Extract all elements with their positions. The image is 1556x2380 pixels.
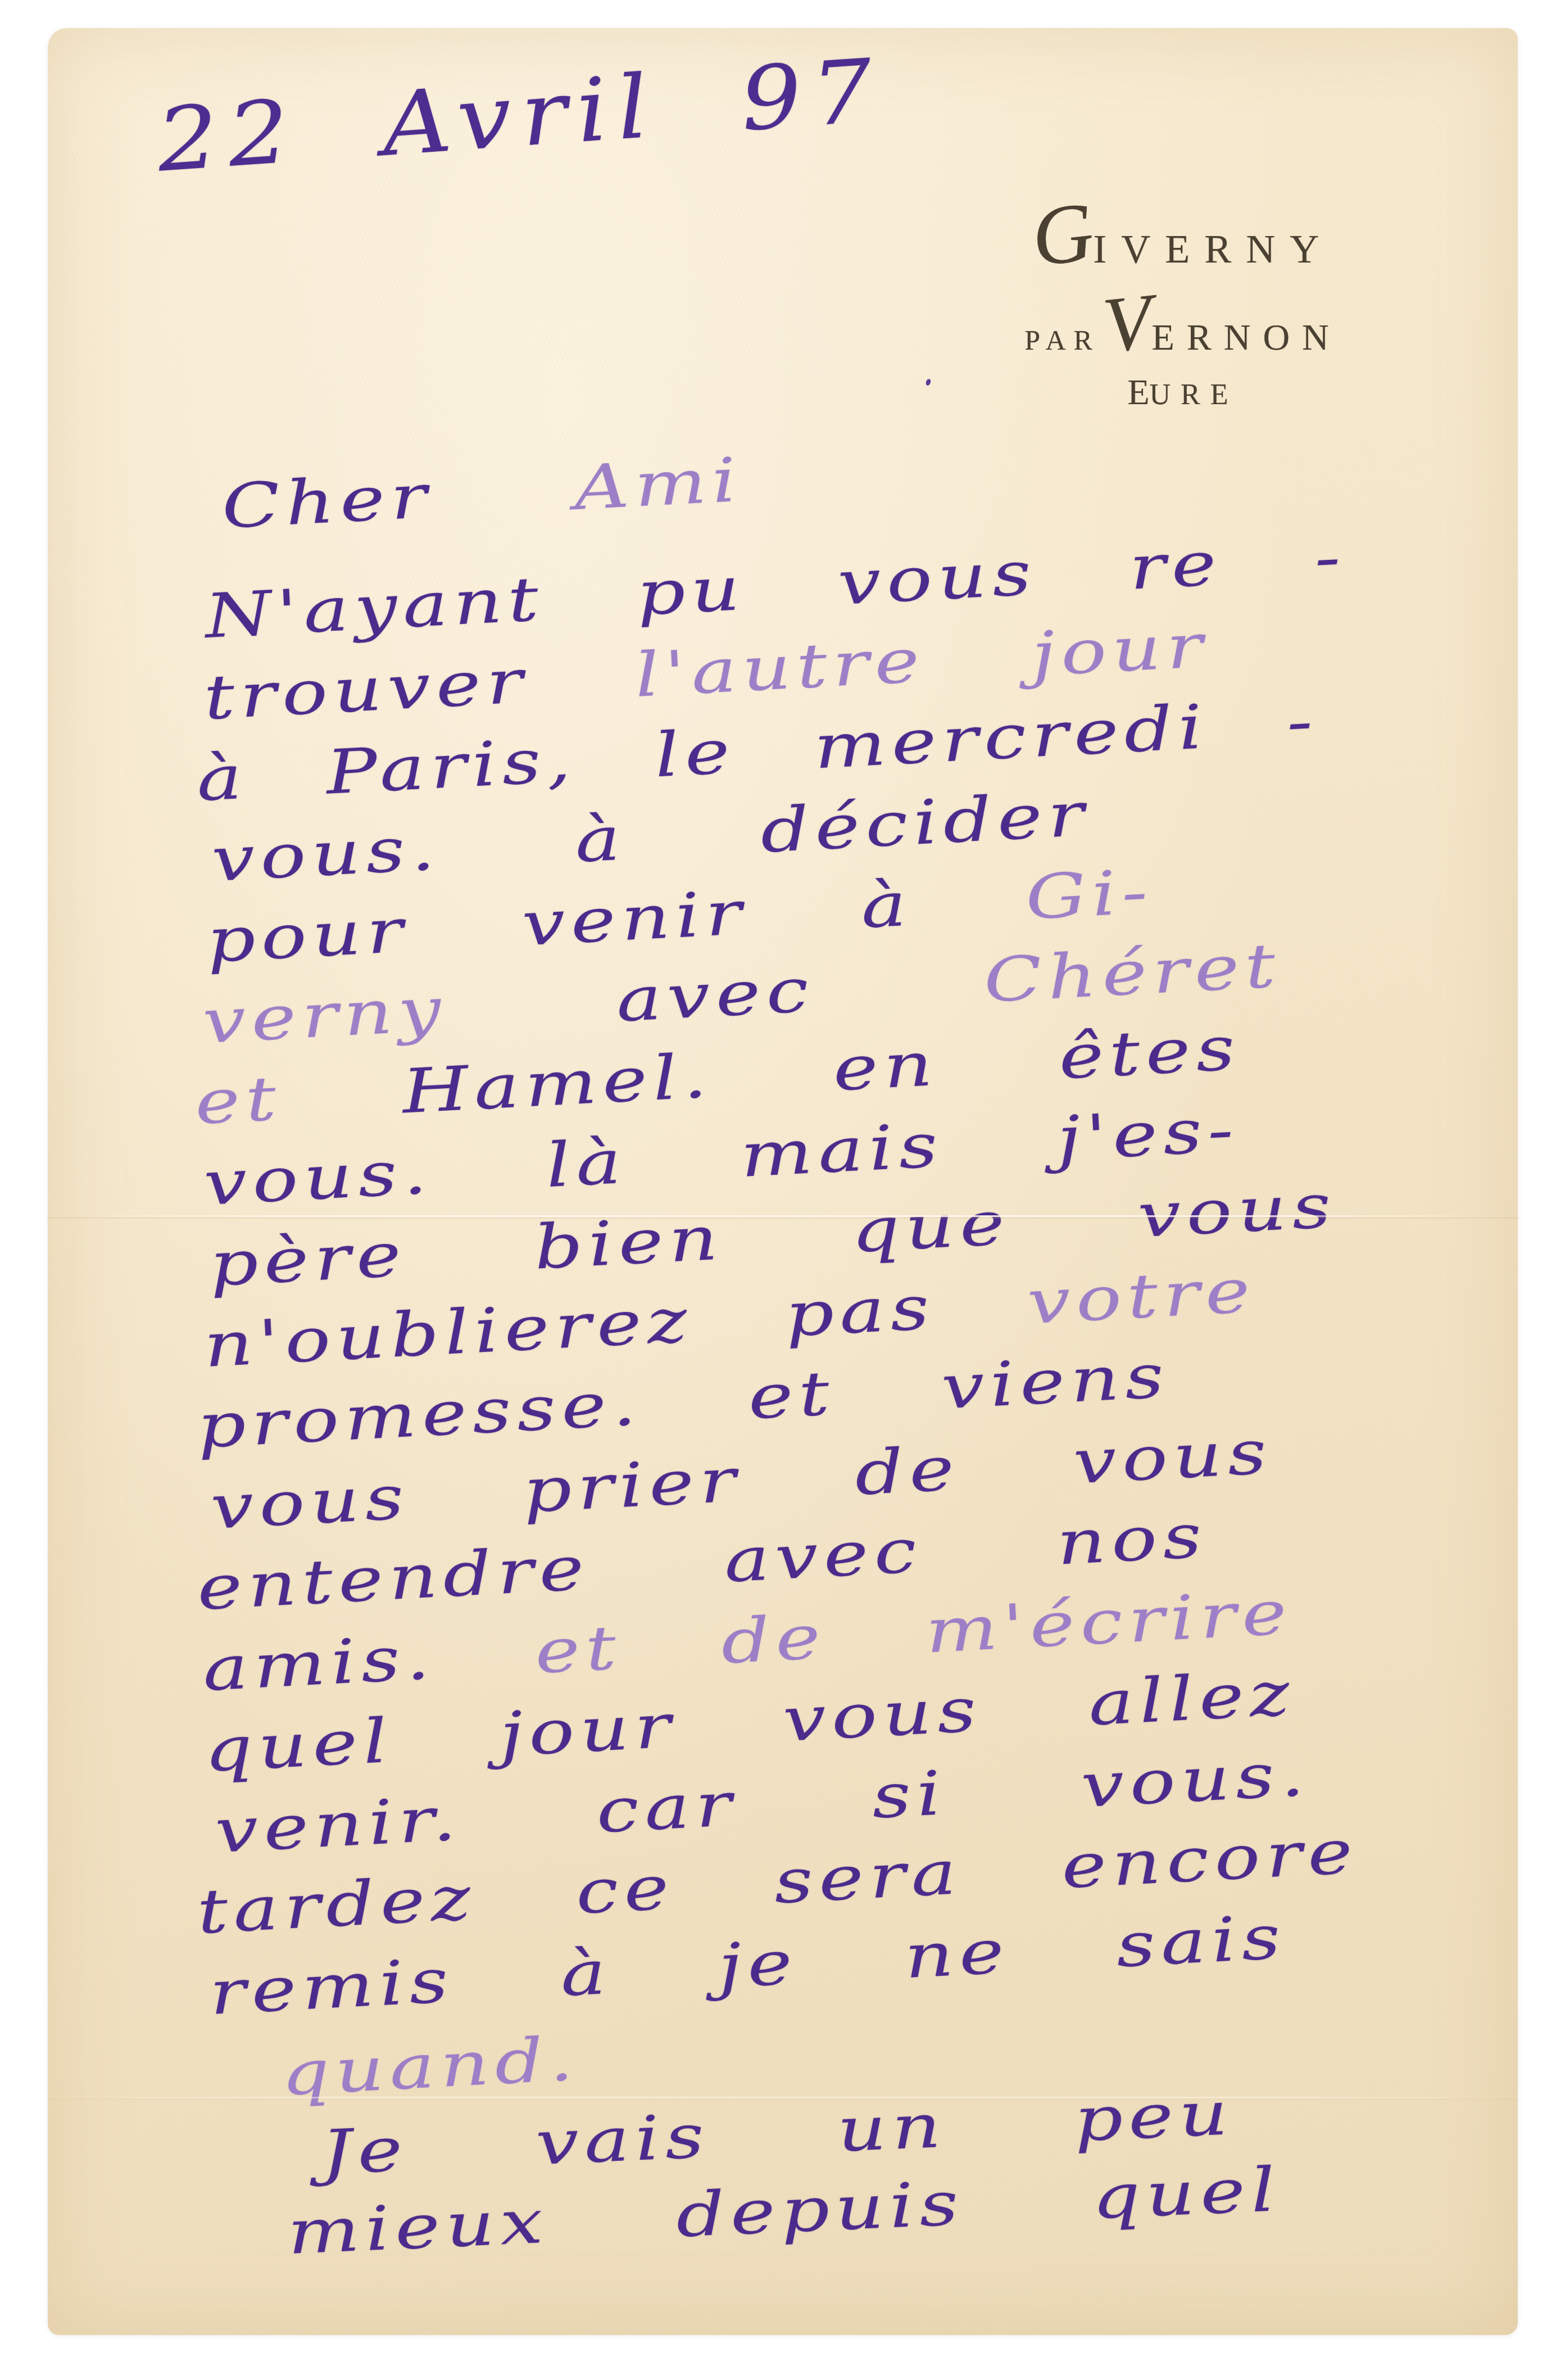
manuscript-word: sera xyxy=(772,1838,963,1917)
manuscript-word: verny xyxy=(201,974,448,1057)
manuscript-word: vous xyxy=(781,1675,983,1755)
manuscript-word: Gi- xyxy=(1024,857,1155,934)
manuscript-word: vous xyxy=(836,539,1038,619)
manuscript-word: m'écrire xyxy=(924,1578,1294,1667)
manuscript-word: votre xyxy=(1026,1256,1257,1338)
manuscript-word: venir. xyxy=(214,1784,464,1867)
manuscript-word: nos xyxy=(1055,1501,1209,1579)
scan-background: { "paper": { "background_hex": "#f4e6c9"… xyxy=(0,0,1556,2380)
manuscript-word: ne xyxy=(902,1916,1011,1992)
manuscript-word: mercredi xyxy=(812,692,1210,783)
manuscript-word: vous. xyxy=(202,1137,434,1219)
manuscript-word: un xyxy=(836,2091,948,2166)
manuscript-word: et xyxy=(746,1359,836,1433)
manuscript-word: je xyxy=(716,1927,800,2002)
manuscript-word: sais xyxy=(1114,1902,1287,1981)
manuscript-word: venir xyxy=(520,878,749,960)
manuscript-word: Cher xyxy=(220,461,434,542)
manuscript-word: Chéret xyxy=(982,931,1283,1017)
manuscript-word: vais xyxy=(534,2101,711,2179)
manuscript-word: pu xyxy=(635,554,747,630)
manuscript-word: entendre xyxy=(196,1533,591,1624)
manuscript-word: à xyxy=(859,869,914,942)
manuscript-word: avec xyxy=(723,1515,924,1596)
letter-paper: 22 Avril 97 GIVERNY PARVERNON EURE Cher … xyxy=(48,28,1518,2335)
manuscript-word: êtes xyxy=(1057,1013,1242,1093)
manuscript-word: Hamel. xyxy=(401,1041,714,1128)
manuscript-word: re - xyxy=(1128,522,1348,604)
manuscript-word: Ami xyxy=(572,445,743,524)
manuscript-word: là xyxy=(545,1127,629,1201)
manuscript-word: vous xyxy=(1136,1171,1339,1251)
manuscript-word: depuis xyxy=(675,2169,965,2251)
manuscript-word: que xyxy=(849,1188,1011,1266)
manuscript-word: vous. xyxy=(1079,1739,1312,1821)
manuscript-word: avec xyxy=(615,955,816,1035)
manuscript-word: à xyxy=(195,742,249,815)
manuscript-word: mieux xyxy=(286,2187,550,2268)
manuscript-word: prier xyxy=(521,1445,743,1527)
manuscript-word: n'oublierez xyxy=(202,1286,695,1381)
manuscript-word: viens xyxy=(940,1341,1171,1423)
manuscript-word: et xyxy=(533,1613,623,1687)
manuscript-line: Cher Ami xyxy=(220,445,744,542)
manuscript-word: encore xyxy=(1060,1817,1360,1902)
manuscript-body: Cher AmiN'ayant pu vous re -trouver l'au… xyxy=(48,28,1518,2335)
manuscript-word: à xyxy=(559,1938,613,2011)
manuscript-word: et xyxy=(193,1064,283,1138)
manuscript-word: promesse. xyxy=(196,1369,643,1462)
manuscript-word: en xyxy=(831,1029,940,1105)
manuscript-word: ce xyxy=(574,1853,676,1928)
manuscript-word: tardez xyxy=(196,1863,478,1948)
manuscript-word: vous xyxy=(209,1463,411,1543)
manuscript-word: le xyxy=(653,717,737,791)
manuscript-word: si xyxy=(870,1758,949,1832)
fold-crease xyxy=(48,1215,1518,1217)
manuscript-word: allez xyxy=(1087,1658,1297,1739)
manuscript-word: pour xyxy=(205,895,410,976)
manuscript-word: à xyxy=(573,803,628,876)
manuscript-word: j'es- xyxy=(1055,1095,1241,1175)
manuscript-word: N'ayant xyxy=(203,564,546,651)
manuscript-word: - xyxy=(1285,686,1320,758)
manuscript-word: car xyxy=(595,1769,739,1847)
manuscript-word: mais xyxy=(739,1110,945,1191)
manuscript-word: vous xyxy=(1072,1417,1274,1497)
manuscript-word: père xyxy=(208,1220,409,1300)
manuscript-word: de xyxy=(719,1602,828,1678)
manuscript-word: pas xyxy=(783,1273,936,1351)
manuscript-word: jour xyxy=(1030,610,1210,690)
manuscript-word: Paris, xyxy=(324,725,578,808)
manuscript-word: trouver xyxy=(202,646,530,734)
manuscript-word: Je xyxy=(320,2114,409,2188)
manuscript-word: peu xyxy=(1073,2078,1235,2155)
manuscript-word: amis. xyxy=(201,1622,437,1704)
manuscript-word: décider xyxy=(759,779,1091,866)
manuscript-word: jour xyxy=(498,1691,678,1770)
manuscript-word: vous. xyxy=(210,813,442,895)
manuscript-word: de xyxy=(853,1433,961,1509)
manuscript-word: quel xyxy=(202,1705,395,1785)
fold-crease-faint xyxy=(48,2097,1518,2098)
manuscript-word: remis xyxy=(208,1945,456,2029)
manuscript-word: quel xyxy=(1090,2155,1282,2233)
manuscript-word: l'autre xyxy=(633,626,927,711)
